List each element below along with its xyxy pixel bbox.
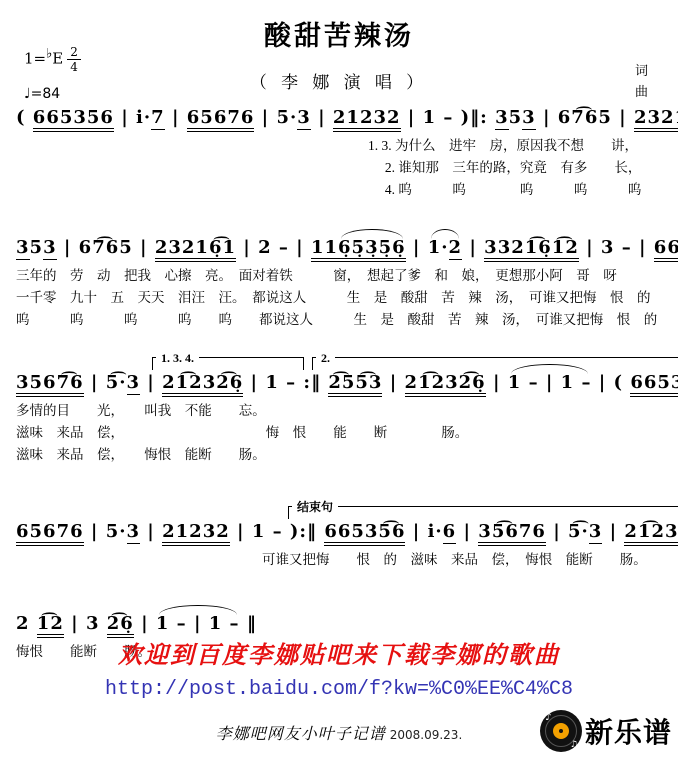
lyric-line-3: 滋味 来品 偿， 悔恨 能断 肠。 bbox=[16, 444, 678, 466]
quarter-note-icon: ♩ bbox=[24, 86, 31, 102]
key-signature: 1=♭E24 bbox=[24, 46, 81, 73]
lyric-line-2: 滋味 来品 偿， 悔 恨 能 断 肠。 bbox=[16, 422, 678, 444]
lyric-line-3: 4. 呜 呜 呜 呜 呜 bbox=[16, 179, 678, 201]
music-system-3: 1. 3. 4.2.3567͡6 | 5͡·3 | 21͡232͡6̣ | 1 … bbox=[0, 351, 678, 466]
sheet-music-page: 酸甜苦辣汤 （ 李 娜 演 唱 ） 词 曲 1=♭E24 ♩=84 ( 6653… bbox=[0, 0, 678, 758]
performer-line: （ 李 娜 演 唱 ） bbox=[0, 68, 678, 93]
volta-bracket: 1. 3. 4. bbox=[152, 357, 304, 370]
music-note-icon: ♫ bbox=[570, 740, 578, 750]
notation-line: ( 665356 | i·7 | 65676 | 5·3 | 21232 | 1… bbox=[16, 101, 678, 135]
song-title: 酸甜苦辣汤 bbox=[0, 0, 678, 53]
notation-line: 353 | 67͡65 | 23216̣͡1 | 2 – | 116̣5̣3̣5… bbox=[16, 231, 678, 265]
lyric-line-1: 多情的目 光， 叫我 不能 忘。 bbox=[16, 400, 678, 422]
tempo-marking: ♩=84 bbox=[24, 86, 60, 102]
music-note-icon: ♪ bbox=[545, 712, 551, 723]
logo-text: 新乐谱 bbox=[585, 711, 672, 751]
volta-bracket: 2. bbox=[312, 357, 678, 370]
lyric-line-1: 1. 3. 为什么 进牢 房，原因我不想 讲， bbox=[16, 135, 678, 157]
key-prefix: 1= bbox=[24, 50, 46, 68]
lyric-line-2: 2. 谁知那 三年的路，究竟 有多 长， bbox=[16, 157, 678, 179]
scribe-name: 李娜吧网友小叶子记谱 bbox=[216, 726, 386, 743]
volta-label: 1. 3. 4. bbox=[156, 351, 199, 365]
lyric-line-1: 三年的 劳 动 把我 心擦 亮。 面对着铁 窗， 想起了爹 和 娘， 更想那小阿… bbox=[16, 265, 678, 287]
lyric-line-3: 呜 呜 呜 呜 呜 都说这人 生 是 酸甜 苦 辣 汤， 可谁又把悔 恨 的 bbox=[16, 309, 678, 331]
lyric-line-1: 可谁又把悔 恨 的 滋味 来品 偿， 悔恨 能断 肠。 bbox=[16, 549, 678, 571]
notation-area: ( 665356 | i·7 | 65676 | 5·3 | 21232 | 1… bbox=[0, 101, 678, 663]
transcription-date: 2008.09.23. bbox=[390, 728, 463, 742]
music-system-2: 353 | 67͡65 | 23216̣͡1 | 2 – | 116̣5̣3̣5… bbox=[0, 231, 678, 331]
notation-line: 3567͡6 | 5͡·3 | 21͡232͡6̣ | 1 – :‖ 2͡55͡… bbox=[16, 366, 678, 400]
volta-label: 结束句 bbox=[292, 500, 338, 514]
volta-layer: 结束句 bbox=[16, 500, 678, 515]
site-logo: ♪ ♫ 新乐谱 bbox=[540, 710, 672, 752]
volta-label: 2. bbox=[316, 351, 335, 365]
promo-text: 欢迎到百度李娜贴吧来下载李娜的歌曲 bbox=[0, 635, 678, 670]
baidu-tieba-link[interactable]: http://post.baidu.com/f?kw=%C0%EE%C4%C8 bbox=[0, 678, 678, 701]
meter-denominator: 4 bbox=[67, 60, 81, 73]
lyricist-label: 词 bbox=[635, 60, 648, 81]
meter-numerator: 2 bbox=[67, 46, 81, 60]
composer-label: 曲 bbox=[635, 81, 648, 102]
notation-line: 65676 | 5·3 | 21232 | 1 – ):‖ 66535͡6 | … bbox=[16, 515, 678, 549]
volta-layer: 1. 3. 4.2. bbox=[16, 351, 678, 366]
key-letter: E bbox=[52, 50, 63, 68]
credits-block: 词 曲 bbox=[635, 60, 648, 102]
lyric-line-2: 一千零 九十 五 天天 泪汪 汪。 都说这人 生 是 酸甜 苦 辣 汤， 可谁又… bbox=[16, 287, 678, 309]
footer: 欢迎到百度李娜贴吧来下载李娜的歌曲 http://post.baidu.com/… bbox=[0, 635, 678, 758]
time-signature: 24 bbox=[67, 46, 81, 73]
tempo-value: =84 bbox=[31, 86, 61, 102]
vinyl-record-icon: ♪ ♫ bbox=[540, 710, 582, 752]
volta-bracket: 结束句 bbox=[288, 506, 678, 519]
music-system-1: ( 665356 | i·7 | 65676 | 5·3 | 21232 | 1… bbox=[0, 101, 678, 201]
music-system-4: 结束句65676 | 5·3 | 21232 | 1 – ):‖ 66535͡6… bbox=[0, 500, 678, 571]
